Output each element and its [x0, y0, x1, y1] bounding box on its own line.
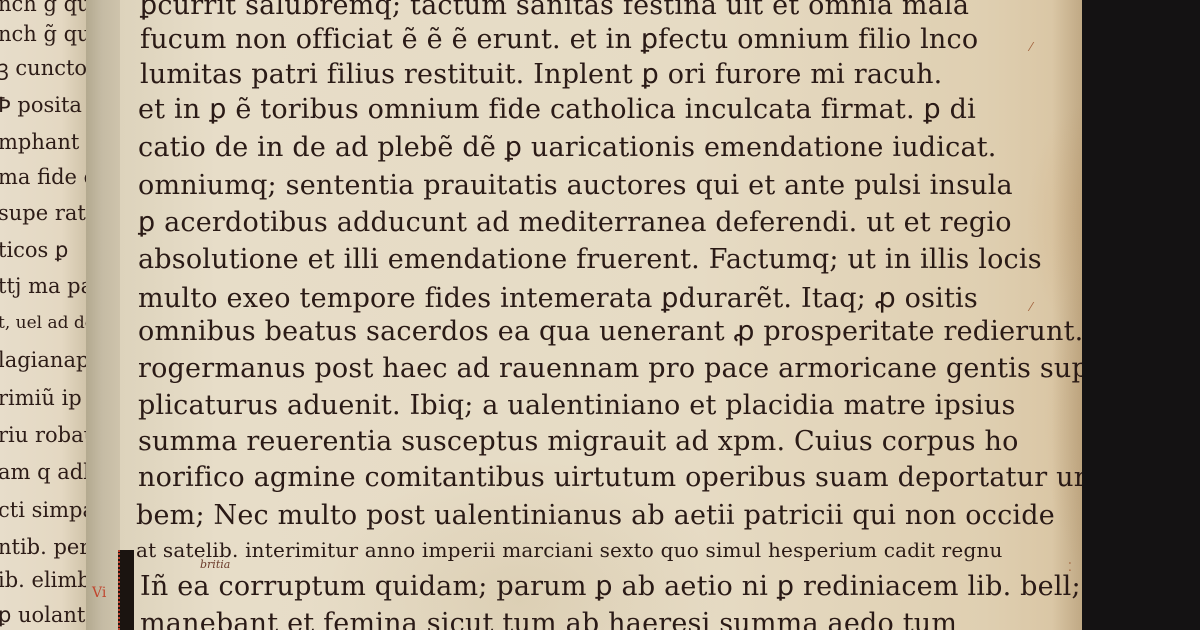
manuscript-photo: nch g̃ quan nch g̃ quan ꝫ cuncto Ꝥ posit… [0, 0, 1200, 630]
margin-fragment: ꝫ cuncto [0, 58, 87, 79]
text-line: catio de in de ad plebẽ dẽ ꝑ uaricationi… [138, 134, 997, 161]
left-page: nch g̃ quan nch g̃ quan ꝫ cuncto Ꝥ posit… [0, 0, 88, 630]
rubric-marginal-numeral: Vi [92, 585, 106, 601]
margin-dots-mark: ⁚ [1068, 560, 1072, 574]
text-line: rogermanus post haec ad rauennam pro pac… [138, 355, 1089, 382]
margin-fragment: mphant [0, 132, 79, 153]
margin-tick-mark: ⁄ [1030, 300, 1032, 314]
text-line: bem; Nec multo post ualentinianus ab aet… [136, 502, 1055, 529]
interlinear-gloss: britia [200, 558, 230, 571]
margin-fragment: riu robau [0, 425, 97, 446]
text-line: plicaturus aduenit. Ibiq; a ualentiniano… [138, 392, 1016, 419]
margin-fragment: ꝑ uolant [0, 605, 85, 626]
text-line: omnibus beatus sacerdos ea qua uenerant … [138, 318, 1139, 345]
text-line: summa reuerentia susceptus migrauit ad x… [138, 428, 1019, 455]
margin-fragment: lagianap [0, 350, 89, 371]
decorated-initial [118, 550, 134, 630]
text-line: ꝑ acerdotibus adducunt ad mediterranea d… [138, 209, 1012, 236]
text-line: ꝑcurrit salubremq; tactum sanitas festin… [140, 0, 969, 19]
text-line: lumitas patri filius restituit. Inplent … [140, 61, 942, 88]
margin-fragment: cti simpa [0, 500, 95, 521]
margin-fragment: ntib. per [0, 537, 89, 558]
margin-fragment: ticos ꝑ [0, 240, 68, 261]
margin-fragment: supe rati [0, 203, 93, 224]
text-line: manebant et femina sicut tum ab haeresi … [140, 610, 957, 630]
text-line: et in ꝑ ẽ toribus omnium fide catholica … [138, 96, 976, 123]
dark-background-cloth [1082, 0, 1200, 630]
text-line: Iñ ea corruptum quidam; parum ꝑ ab aetio… [140, 573, 1081, 600]
text-line: at satelib. interimitur anno imperii mar… [136, 540, 1003, 560]
text-line: norifico agmine comitantibus uirtutum op… [138, 464, 1087, 491]
text-line: fucum non officiat ẽ ẽ ẽ erunt. et in ꝑf… [140, 26, 978, 53]
text-line: omniumq; sententia prauitatis auctores q… [138, 172, 1013, 199]
text-line: multo exeo tempore fides intemerata ꝑdur… [138, 285, 978, 312]
margin-fragment: rimiũ ip [0, 388, 82, 409]
margin-fragment: ib. elimbi [0, 570, 97, 591]
margin-tick-mark: ⁄ [1030, 40, 1032, 54]
margin-fragment: Ꝥ posita [0, 95, 82, 116]
text-line: absolutione et illi emendatione fruerent… [138, 246, 1042, 273]
